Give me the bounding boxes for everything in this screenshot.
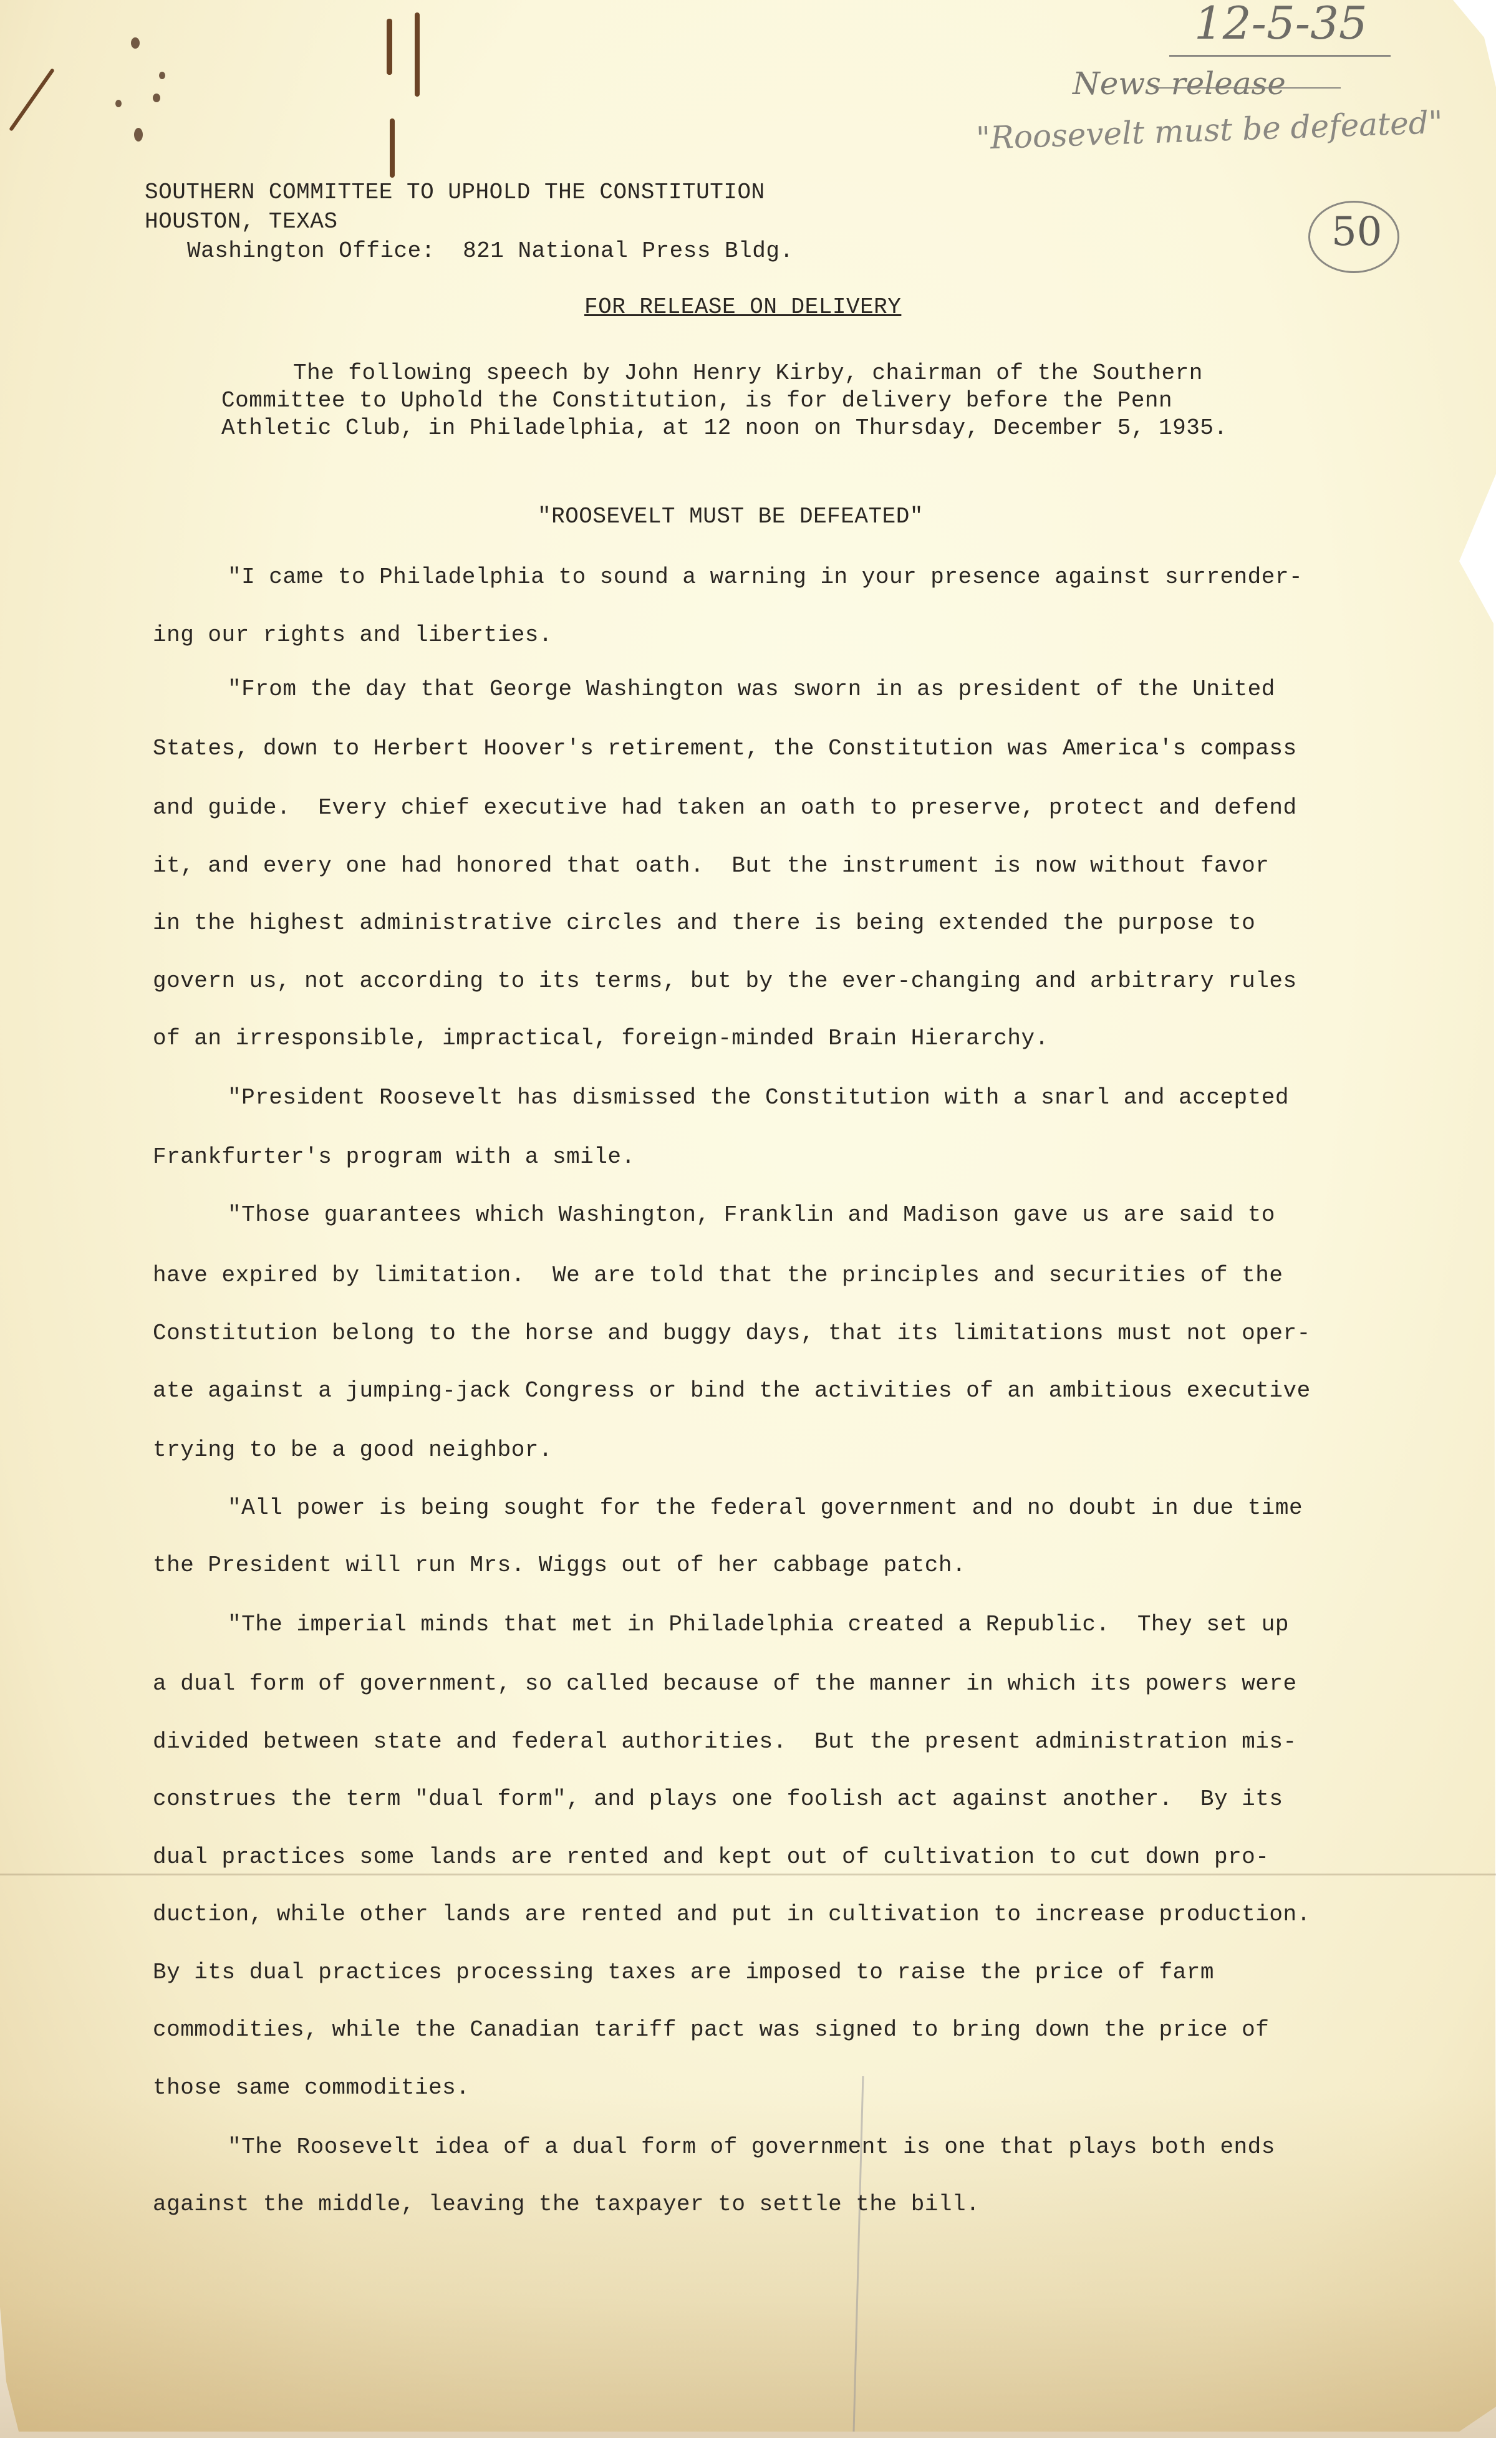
body-line: ing our rights and liberties. — [153, 622, 553, 648]
ink-spot — [153, 94, 160, 102]
note-underline — [1154, 87, 1341, 89]
handwritten-note-news-release: News release — [1073, 65, 1286, 102]
body-line: construes the term "dual form", and play… — [153, 1786, 1283, 1812]
ink-spot — [115, 100, 122, 107]
body-line: States, down to Herbert Hoover's retirem… — [153, 736, 1297, 761]
body-line: and guide. Every chief executive had tak… — [153, 795, 1297, 821]
body-line: "Those guarantees which Washington, Fran… — [228, 1202, 1275, 1228]
body-line: those same commodities. — [153, 2075, 470, 2101]
body-line: a dual form of government, so called bec… — [153, 1671, 1297, 1696]
rust-mark — [390, 118, 395, 178]
handwritten-date: 12-5-35 — [1194, 0, 1368, 49]
body-line: ate against a jumping-jack Congress or b… — [153, 1378, 1311, 1403]
body-line: Constitution belong to the horse and bug… — [153, 1321, 1311, 1346]
speech-title: "ROOSEVELT MUST BE DEFEATED" — [538, 504, 924, 529]
body-line: "President Roosevelt has dismissed the C… — [228, 1085, 1289, 1110]
date-underline — [1169, 55, 1391, 57]
ink-spot — [131, 37, 140, 49]
body-line: against the middle, leaving the taxpayer… — [153, 2192, 980, 2217]
intro-line: Athletic Club, in Philadelphia, at 12 no… — [221, 415, 1228, 441]
body-line: "The Roosevelt idea of a dual form of go… — [228, 2134, 1275, 2160]
body-line: "I came to Philadelphia to sound a warni… — [228, 564, 1303, 590]
body-line: it, and every one had honored that oath.… — [153, 853, 1269, 878]
body-line: of an irresponsible, impractical, foreig… — [153, 1026, 1049, 1051]
body-line: govern us, not according to its terms, b… — [153, 968, 1297, 994]
release-notice: FOR RELEASE ON DELIVERY — [584, 294, 901, 320]
body-line: trying to be a good neighbor. — [153, 1437, 553, 1463]
ink-spot — [159, 72, 165, 79]
body-line: divided between state and federal author… — [153, 1729, 1297, 1754]
page-number: 50 — [1331, 209, 1382, 255]
body-line: By its dual practices processing taxes a… — [153, 1960, 1214, 1985]
ink-spot — [134, 128, 143, 142]
letterhead-office: Washington Office: 821 National Press Bl… — [187, 238, 794, 264]
body-line: "All power is being sought for the feder… — [228, 1495, 1303, 1521]
body-line: duction, while other lands are rented an… — [153, 1902, 1311, 1927]
body-line: in the highest administrative circles an… — [153, 910, 1255, 936]
body-line: the President will run Mrs. Wiggs out of… — [153, 1552, 966, 1578]
rust-mark — [387, 19, 392, 75]
letterhead-city: HOUSTON, TEXAS — [145, 209, 337, 234]
body-line: have expired by limitation. We are told … — [153, 1263, 1283, 1288]
letterhead-org: SOUTHERN COMMITTEE TO UPHOLD THE CONSTIT… — [145, 180, 765, 205]
body-line: Frankfurter's program with a smile. — [153, 1144, 635, 1170]
fold-crease — [0, 1874, 1496, 1875]
intro-line: The following speech by John Henry Kirby… — [293, 360, 1203, 386]
intro-line: Committee to Uphold the Constitution, is… — [221, 388, 1172, 413]
body-line: "The imperial minds that met in Philadel… — [228, 1612, 1289, 1637]
rust-mark — [415, 12, 420, 97]
body-line: "From the day that George Washington was… — [228, 676, 1275, 702]
body-line: commodities, while the Canadian tariff p… — [153, 2017, 1269, 2043]
body-line: dual practices some lands are rented and… — [153, 1844, 1269, 1870]
